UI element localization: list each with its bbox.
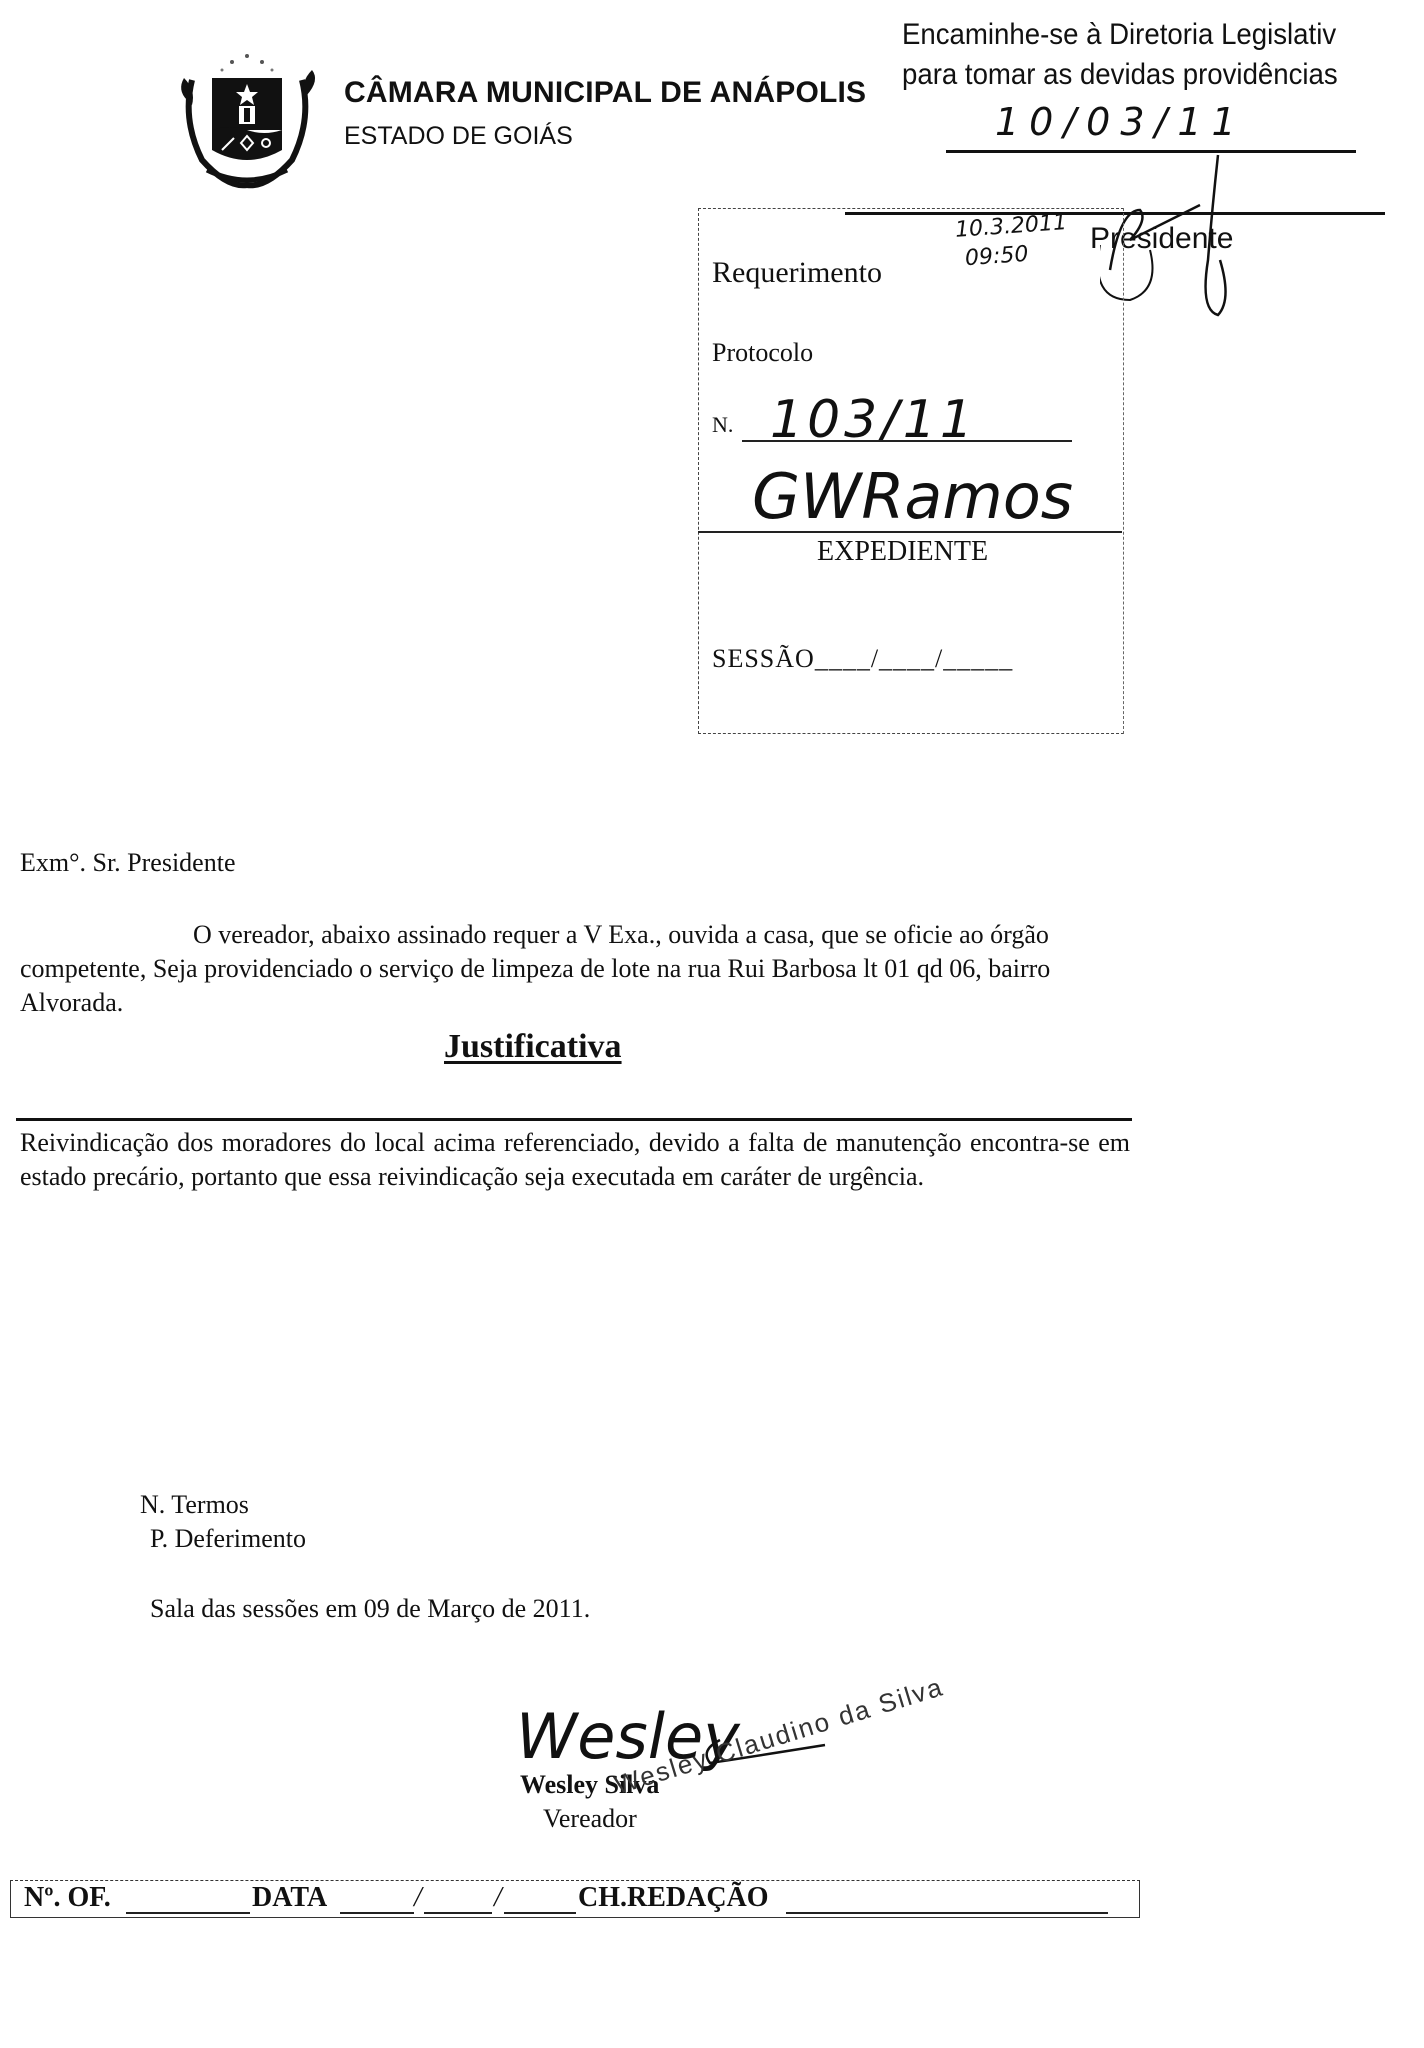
date-label: DATA — [252, 1882, 327, 1914]
date-separator-2: / — [494, 1882, 502, 1914]
protocol-number-prefix: N. — [712, 412, 733, 438]
protocolo-label: Protocolo — [712, 338, 813, 368]
date-separator-1: / — [414, 1882, 422, 1914]
office-number-label: Nº. OF. — [24, 1882, 111, 1914]
date-year-blank — [504, 1912, 576, 1914]
org-state: ESTADO DE GOIÁS — [344, 122, 573, 151]
date-day-blank — [340, 1912, 414, 1914]
redaction-blank — [786, 1912, 1108, 1914]
session-date-blank: ____/____/_____ — [815, 644, 1013, 673]
place-date: Sala das sessões em 09 de Março de 2011. — [150, 1592, 590, 1626]
redaction-label: CH.REDAÇÃO — [578, 1882, 769, 1914]
receipt-stamp-time: 09:50 — [964, 242, 1029, 271]
dispatch-instruction-line1: Encaminhe-se à Diretoria Legislativ — [902, 18, 1336, 52]
org-name: CÂMARA MUNICIPAL DE ANÁPOLIS — [344, 76, 866, 110]
clerk-signature: GWRamos — [752, 460, 1073, 533]
justification-rule — [16, 1118, 1132, 1121]
closing-line2: P. Deferimento — [150, 1522, 306, 1556]
councilor-role: Vereador — [543, 1804, 637, 1834]
date-month-blank — [424, 1912, 492, 1914]
closing-line1: N. Termos — [140, 1488, 249, 1522]
crest-icon — [172, 40, 322, 190]
dispatch-instruction-line2: para tomar as devidas providências — [902, 58, 1338, 92]
session-label: SESSÃO — [712, 644, 815, 673]
request-paragraph-text: O vereador, abaixo assinado requer a V E… — [20, 920, 1050, 1017]
justification-text: Reivindicação dos moradores do local aci… — [20, 1126, 1130, 1194]
request-paragraph: O vereador, abaixo assinado requer a V E… — [20, 918, 1130, 1020]
dispatch-date: 10/03/11 — [995, 100, 1246, 144]
session-field: SESSÃO____/____/_____ — [712, 644, 1013, 674]
protocol-number-underline — [742, 440, 1072, 442]
office-number-blank — [126, 1912, 250, 1914]
salutation: Exm°. Sr. Presidente — [20, 846, 236, 880]
requerimento-label: Requerimento — [712, 256, 882, 290]
expediente-divider — [698, 531, 1122, 533]
expediente-label: EXPEDIENTE — [817, 536, 988, 568]
justification-title: Justificativa — [444, 1028, 622, 1066]
